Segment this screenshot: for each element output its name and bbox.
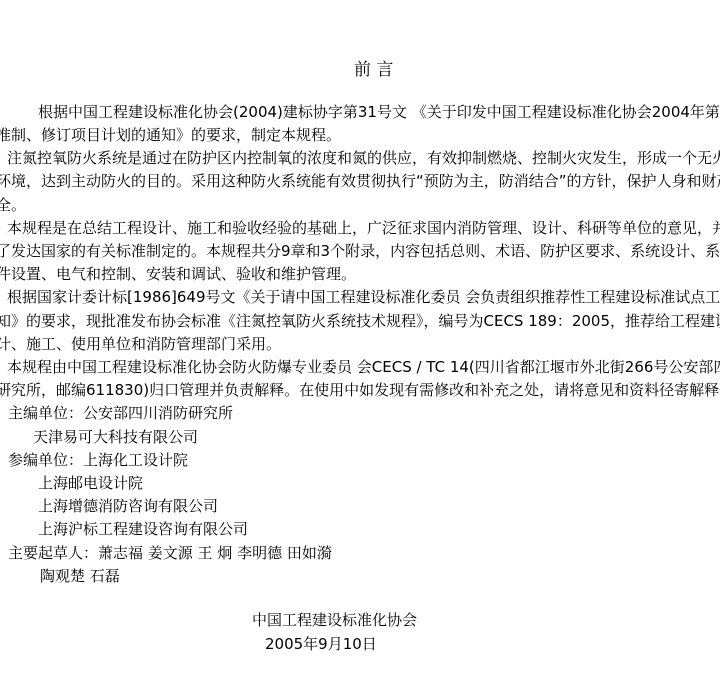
paragraph-3-line-1: 本规程是在总结工程设计、施工和验收经验的基础上，广泛征求国内消防管理、设计、科研… [7, 219, 720, 237]
participating-unit-line-2: 上海邮电设计院 [38, 474, 143, 492]
paragraph-1-line-2: 准制、修订项目计划的通知》的要求，制定本规程。 [0, 126, 341, 144]
chief-editor-unit-line: 主编单位：公安部四川消防研究所 [8, 404, 233, 422]
paragraph-2-line-3: 全。 [0, 196, 26, 214]
participating-unit-line: 参编单位：上海化工设计院 [8, 451, 188, 469]
paragraph-3-line-3: 件设置、电气和控制、安装和调试、验收和维护管理。 [0, 265, 356, 283]
issuing-organization: 中国工程建设标准化协会 [252, 611, 417, 629]
paragraph-2-line-1: 注氮控氧防火系统是通过在防护区内控制氧的浓度和氮的供应，有效抑制燃烧、控制火灾发… [7, 149, 720, 167]
page-title: 前 言 [354, 55, 393, 80]
drafters-line: 主要起草人：萧志福 姜文源 王 炯 李明德 田如漪 [8, 544, 332, 562]
paragraph-3-line-2: 了发达国家的有关标准制定的。本规程共分9章和3个附录，内容包括总则、术语、防护区… [0, 242, 720, 260]
drafters-line-2: 陶观楚 石磊 [40, 567, 120, 585]
paragraph-1-line-1: 根据中国工程建设标准化协会(2004)建标协字第31号文 《关于印发中国工程建设… [38, 103, 720, 121]
paragraph-5-line-2: 研究所，邮编611830)归口管理并负责解释。在使用中如发现有需修改和补充之处，… [0, 381, 720, 399]
paragraph-5-line-1: 本规程由中国工程建设标准化协会防火防爆专业委员 会CECS / TC 14(四川… [7, 358, 720, 376]
paragraph-4-line-1: 根据国家计委计标[1986]649号文《关于请中国工程建设标准化委员 会负责组织… [7, 288, 720, 306]
document-page: 前 言 根据中国工程建设标准化协会(2004)建标协字第31号文 《关于印发中国… [0, 0, 720, 673]
paragraph-4-line-2: 知》的要求，现批准发布协会标准《注氮控氧防火系统技术规程》，编号为CECS 18… [0, 312, 720, 330]
paragraph-4-line-3: 计、施工、使用单位和消防管理部门采用。 [0, 335, 281, 353]
paragraph-2-line-2: 环境，达到主动防火的目的。采用这种防火系统能有效贯彻执行“预防为主，防消结合”的… [0, 172, 720, 190]
chief-editor-unit-line-2: 天津易可大科技有限公司 [33, 428, 198, 446]
participating-unit-line-3: 上海增德消防咨询有限公司 [38, 497, 218, 515]
participating-unit-line-4: 上海沪标工程建设咨询有限公司 [38, 520, 248, 538]
issue-date: 2005年9月10日 [265, 635, 377, 653]
